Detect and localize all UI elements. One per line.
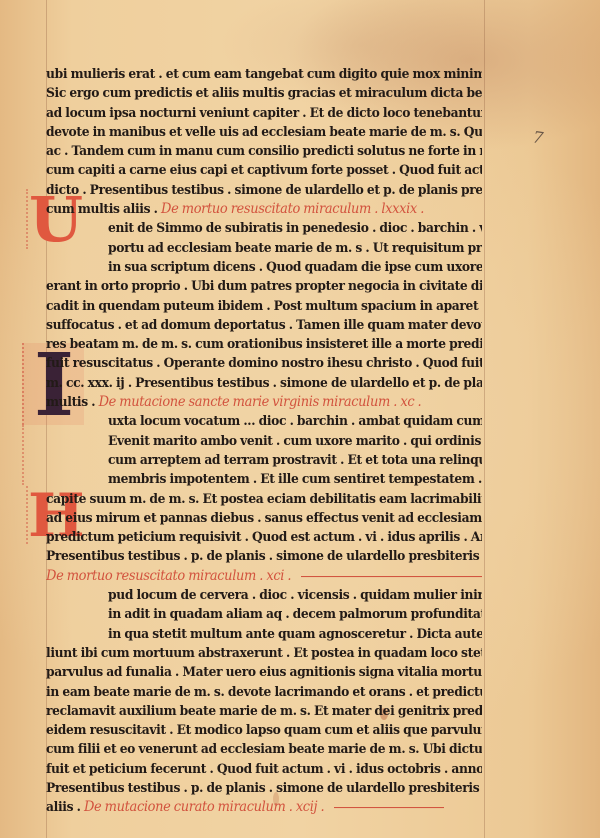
- folio-number: 7: [532, 127, 545, 147]
- text-line: cadit in quendam puteum ibidem . Post mu…: [46, 295, 482, 315]
- text-line: predictum peticium requisivit . Quod est…: [46, 527, 482, 547]
- text-line: fuit resuscitatus . Operante domino nost…: [46, 353, 482, 373]
- text-line: Sic ergo cum predictis et aliis multis g…: [46, 83, 482, 103]
- text-line: suffocatus . et ad domum deportatus . Ta…: [46, 314, 482, 334]
- rubric-heading: De mutacione sancte marie virginis mirac…: [99, 395, 422, 411]
- initial-flourish: [22, 425, 44, 485]
- text-line: cum filii et eo venerunt ad ecclesiam be…: [46, 739, 482, 759]
- text-line: cum arreptem ad terram prostravit . Et e…: [46, 449, 482, 469]
- text-line: ubi mulieris erat . et cum eam tangebat …: [46, 64, 482, 84]
- manuscript-page: 7 U I H ubi mulieris erat . et cum eam t…: [0, 0, 600, 838]
- text-line: dicto . Presentibus testibus . simone de…: [46, 179, 482, 199]
- right-margin-ruling: [484, 0, 485, 838]
- text-line: enit de Simmo de subiratis in penedesio …: [46, 218, 482, 238]
- text-line: in sua scriptum dicens . Quod quadam die…: [46, 256, 482, 276]
- text-line: in eam beate marie de m. s. devote lacri…: [46, 681, 482, 701]
- text-line: pud locum de cervera . dioc . vicensis .…: [46, 585, 482, 605]
- rubric-line-filler: [334, 807, 444, 809]
- text-line: liunt ibi cum mortuum abstraxerunt . Et …: [46, 642, 482, 662]
- text-line-with-rubric: multis . De mutacione sancte marie virgi…: [46, 392, 482, 412]
- text-line: Presentibus testibus . p. de planis . si…: [46, 546, 482, 566]
- text-line: eidem resuscitavit . Et modico lapso qua…: [46, 720, 482, 740]
- text-line: in adit in quadam aliam aq . decem palmo…: [46, 604, 482, 624]
- text-line: membris impotentem . Et ille cum sentire…: [46, 469, 482, 489]
- rubric-line: De mortuo resuscitato miraculum . xci .: [46, 565, 482, 585]
- text-line: uxta locum vocatum ... dioc . barchin . …: [46, 411, 482, 431]
- text-line-with-rubric: cum multis aliis . De mortuo resuscitato…: [46, 199, 482, 219]
- text-line: parvulus ad funalia . Mater uero eius ag…: [46, 662, 482, 682]
- text-line: devote in manibus et velle uis ad eccles…: [46, 121, 482, 141]
- text-line: cum capiti a carne eius capi et captivum…: [46, 160, 482, 180]
- text-line: ad eius mirum et pannas diebus . sanus e…: [46, 507, 482, 527]
- text-line: reclamavit auxilium beate marie de m. s.…: [46, 700, 482, 720]
- text-column: ubi mulieris erat . et cum eam tangebat …: [46, 64, 482, 817]
- text-fragment: multis .: [46, 394, 95, 410]
- text-line: capite suum m. de m. s. Et postea eciam …: [46, 488, 482, 508]
- text-line: ad locum ipsa nocturni veniunt capiter .…: [46, 102, 482, 122]
- rubric-heading: De mutacione curato miraculum . xcij .: [84, 800, 324, 816]
- text-line: in qua stetit multum ante quam agnoscere…: [46, 623, 482, 643]
- text-line: Presentibus testibus . p. de planis . si…: [46, 778, 482, 798]
- text-line: m. cc. xxx. ij . Presentibus testibus . …: [46, 372, 482, 392]
- text-line-with-rubric: aliis . De mutacione curato miraculum . …: [46, 797, 482, 817]
- text-fragment: aliis .: [46, 799, 81, 815]
- text-fragment: cum multis aliis .: [46, 201, 158, 217]
- rubric-heading: De mortuo resuscitato miraculum . xci .: [46, 568, 291, 584]
- text-line: ac . Tandem cum in manu cum consilio pre…: [46, 141, 482, 161]
- text-line: fuit et peticium fecerunt . Quod fuit ac…: [46, 758, 482, 778]
- rubric-heading: De mortuo resuscitato miraculum . lxxxix…: [161, 202, 424, 218]
- text-line: portu ad ecclesiam beate marie de m. s .…: [46, 237, 482, 257]
- text-line: res beatam m. de m. s. cum orationibus i…: [46, 334, 482, 354]
- text-line: Evenit marito ambo venit . cum uxore mar…: [46, 430, 482, 450]
- text-line: erant in orto proprio . Ubi dum patres p…: [46, 276, 482, 296]
- rubric-line-filler: [301, 575, 482, 577]
